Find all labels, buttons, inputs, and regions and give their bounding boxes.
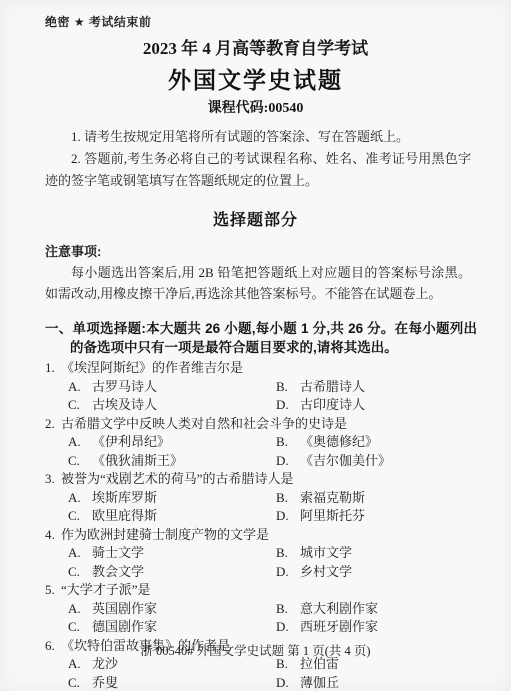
option-label: D. bbox=[276, 563, 294, 582]
section-title: 选择题部分 bbox=[0, 207, 511, 230]
option-label: A. bbox=[68, 600, 86, 619]
question-3: 3.被誉为“戏剧艺术的荷马”的古希腊诗人是 A.埃斯库罗斯 B.索福克勒斯 C.… bbox=[45, 470, 477, 526]
classification-banner: 绝密 ★ 考试结束前 bbox=[45, 13, 151, 30]
question-stem: 1.《埃涅阿斯纪》的作者维吉尔是 bbox=[45, 359, 477, 378]
option-label: B. bbox=[276, 489, 294, 508]
option-text: 阿里斯托芬 bbox=[300, 508, 365, 523]
option-d: D.古印度诗人 bbox=[276, 396, 477, 415]
option-label: D. bbox=[276, 507, 294, 526]
question-5: 5.“大学才子派”是 A.英国剧作家 B.意大利剧作家 C.德国剧作家 D.西班… bbox=[45, 581, 477, 637]
option-b: B.城市文学 bbox=[276, 544, 477, 563]
instruction-item-1: 1. 请考生按规定用笔将所有试题的答案涂、写在答题纸上。 bbox=[45, 126, 471, 148]
question-options: A.埃斯库罗斯 B.索福克勒斯 C.欧里庇得斯 D.阿里斯托芬 bbox=[45, 489, 477, 526]
option-text: 《奥德修纪》 bbox=[300, 434, 378, 449]
option-text: 英国剧作家 bbox=[92, 601, 157, 616]
notes-label: 注意事项: bbox=[45, 241, 471, 262]
option-text: 古印度诗人 bbox=[300, 397, 365, 412]
option-label: D. bbox=[276, 674, 294, 691]
question-1: 1.《埃涅阿斯纪》的作者维吉尔是 A.古罗马诗人 B.古希腊诗人 C.古埃及诗人… bbox=[45, 359, 477, 415]
question-text: “大学才子派”是 bbox=[61, 582, 151, 597]
option-text: 教会文学 bbox=[92, 564, 144, 579]
candidate-instructions: 1. 请考生按规定用笔将所有试题的答案涂、写在答题纸上。 2. 答题前,考生务必… bbox=[45, 126, 471, 192]
option-b: B.意大利剧作家 bbox=[276, 600, 477, 619]
question-number: 5. bbox=[45, 581, 59, 600]
option-text: 乔叟 bbox=[92, 675, 118, 690]
part-one-heading: 一、单项选择题:本大题共 26 小题,每小题 1 分,共 26 分。在每小题列出… bbox=[45, 319, 477, 357]
option-text: 埃斯库罗斯 bbox=[92, 490, 157, 505]
option-a: A.古罗马诗人 bbox=[68, 378, 276, 397]
option-a: A.《伊利昂纪》 bbox=[68, 433, 276, 452]
page-footer: 浙 00540# 外国文学史试题 第 1 页(共 4 页) bbox=[0, 641, 511, 659]
option-b: B.《奥德修纪》 bbox=[276, 433, 477, 452]
option-label: B. bbox=[276, 378, 294, 397]
question-number: 4. bbox=[45, 526, 59, 545]
question-stem: 5.“大学才子派”是 bbox=[45, 581, 477, 600]
option-text: 薄伽丘 bbox=[300, 675, 339, 690]
question-options: A.古罗马诗人 B.古希腊诗人 C.古埃及诗人 D.古印度诗人 bbox=[45, 378, 477, 415]
question-text: 古希腊文学中反映人类对自然和社会斗争的史诗是 bbox=[61, 416, 347, 431]
option-c: C.乔叟 bbox=[68, 674, 276, 691]
option-a: A.埃斯库罗斯 bbox=[68, 489, 276, 508]
question-options: A.龙沙 B.拉伯雷 C.乔叟 D.薄伽丘 bbox=[45, 655, 477, 691]
option-label: C. bbox=[68, 563, 86, 582]
option-c: C.德国剧作家 bbox=[68, 618, 276, 637]
question-stem: 4.作为欧洲封建骑士制度产物的文学是 bbox=[45, 526, 477, 545]
question-text: 被誉为“戏剧艺术的荷马”的古希腊诗人是 bbox=[61, 471, 294, 486]
course-code: 课程代码:00540 bbox=[0, 97, 511, 117]
option-text: 古希腊诗人 bbox=[300, 379, 365, 394]
option-label: D. bbox=[276, 396, 294, 415]
option-d: D.《吉尔伽美什》 bbox=[276, 452, 477, 471]
exam-title: 外国文学史试题 bbox=[0, 62, 511, 95]
option-a: A.骑士文学 bbox=[68, 544, 276, 563]
option-text: 古埃及诗人 bbox=[92, 397, 157, 412]
option-text: 意大利剧作家 bbox=[300, 601, 378, 616]
option-text: 德国剧作家 bbox=[92, 619, 157, 634]
question-options: A.骑士文学 B.城市文学 C.教会文学 D.乡村文学 bbox=[45, 544, 477, 581]
option-label: B. bbox=[276, 544, 294, 563]
question-4: 4.作为欧洲封建骑士制度产物的文学是 A.骑士文学 B.城市文学 C.教会文学 … bbox=[45, 526, 477, 582]
option-label: A. bbox=[68, 544, 86, 563]
option-label: C. bbox=[68, 674, 86, 691]
question-2: 2.古希腊文学中反映人类对自然和社会斗争的史诗是 A.《伊利昂纪》 B.《奥德修… bbox=[45, 415, 477, 471]
option-text: 索福克勒斯 bbox=[300, 490, 365, 505]
option-a: A.英国剧作家 bbox=[68, 600, 276, 619]
option-label: D. bbox=[276, 618, 294, 637]
option-d: D.阿里斯托芬 bbox=[276, 507, 477, 526]
option-text: 《俄狄浦斯王》 bbox=[92, 453, 183, 468]
question-stem: 3.被誉为“戏剧艺术的荷马”的古希腊诗人是 bbox=[45, 470, 477, 489]
option-c: C.教会文学 bbox=[68, 563, 276, 582]
option-label: C. bbox=[68, 452, 86, 471]
option-d: D.乡村文学 bbox=[276, 563, 477, 582]
question-options: A.《伊利昂纪》 B.《奥德修纪》 C.《俄狄浦斯王》 D.《吉尔伽美什》 bbox=[45, 433, 477, 470]
exam-session-title: 2023 年 4 月高等教育自学考试 bbox=[0, 34, 511, 59]
option-c: C.古埃及诗人 bbox=[68, 396, 276, 415]
option-text: 古罗马诗人 bbox=[92, 379, 157, 394]
option-label: B. bbox=[276, 600, 294, 619]
option-label: C. bbox=[68, 618, 86, 637]
option-text: 欧里庇得斯 bbox=[92, 508, 157, 523]
option-text: 乡村文学 bbox=[300, 564, 352, 579]
notes-body: 每小题选出答案后,用 2B 铅笔把答题纸上对应题目的答案标号涂黑。如需改动,用橡… bbox=[45, 262, 471, 304]
option-text: 骑士文学 bbox=[92, 545, 144, 560]
option-b: B.索福克勒斯 bbox=[276, 489, 477, 508]
instruction-item-2: 2. 答题前,考生务必将自己的考试课程名称、姓名、准考证号用黑色字迹的签字笔或钢… bbox=[45, 148, 471, 192]
option-label: A. bbox=[68, 378, 86, 397]
question-stem: 2.古希腊文学中反映人类对自然和社会斗争的史诗是 bbox=[45, 415, 477, 434]
option-text: 《伊利昂纪》 bbox=[92, 434, 170, 449]
option-label: D. bbox=[276, 452, 294, 471]
question-number: 2. bbox=[45, 415, 59, 434]
question-options: A.英国剧作家 B.意大利剧作家 C.德国剧作家 D.西班牙剧作家 bbox=[45, 600, 477, 637]
question-text: 作为欧洲封建骑士制度产物的文学是 bbox=[61, 527, 269, 542]
option-b: B.古希腊诗人 bbox=[276, 378, 477, 397]
option-d: D.薄伽丘 bbox=[276, 674, 477, 691]
option-text: 《吉尔伽美什》 bbox=[300, 453, 391, 468]
question-text: 《埃涅阿斯纪》的作者维吉尔是 bbox=[61, 360, 243, 375]
option-d: D.西班牙剧作家 bbox=[276, 618, 477, 637]
exam-paper-page: 绝密 ★ 考试结束前 2023 年 4 月高等教育自学考试 外国文学史试题 课程… bbox=[0, 0, 511, 691]
option-label: B. bbox=[276, 433, 294, 452]
option-label: A. bbox=[68, 489, 86, 508]
option-text: 城市文学 bbox=[300, 545, 352, 560]
option-label: C. bbox=[68, 396, 86, 415]
option-c: C.欧里庇得斯 bbox=[68, 507, 276, 526]
question-number: 3. bbox=[45, 470, 59, 489]
option-label: C. bbox=[68, 507, 86, 526]
question-number: 1. bbox=[45, 359, 59, 378]
option-text: 西班牙剧作家 bbox=[300, 619, 378, 634]
notes-block: 注意事项: 每小题选出答案后,用 2B 铅笔把答题纸上对应题目的答案标号涂黑。如… bbox=[45, 241, 471, 304]
option-label: A. bbox=[68, 433, 86, 452]
option-c: C.《俄狄浦斯王》 bbox=[68, 452, 276, 471]
